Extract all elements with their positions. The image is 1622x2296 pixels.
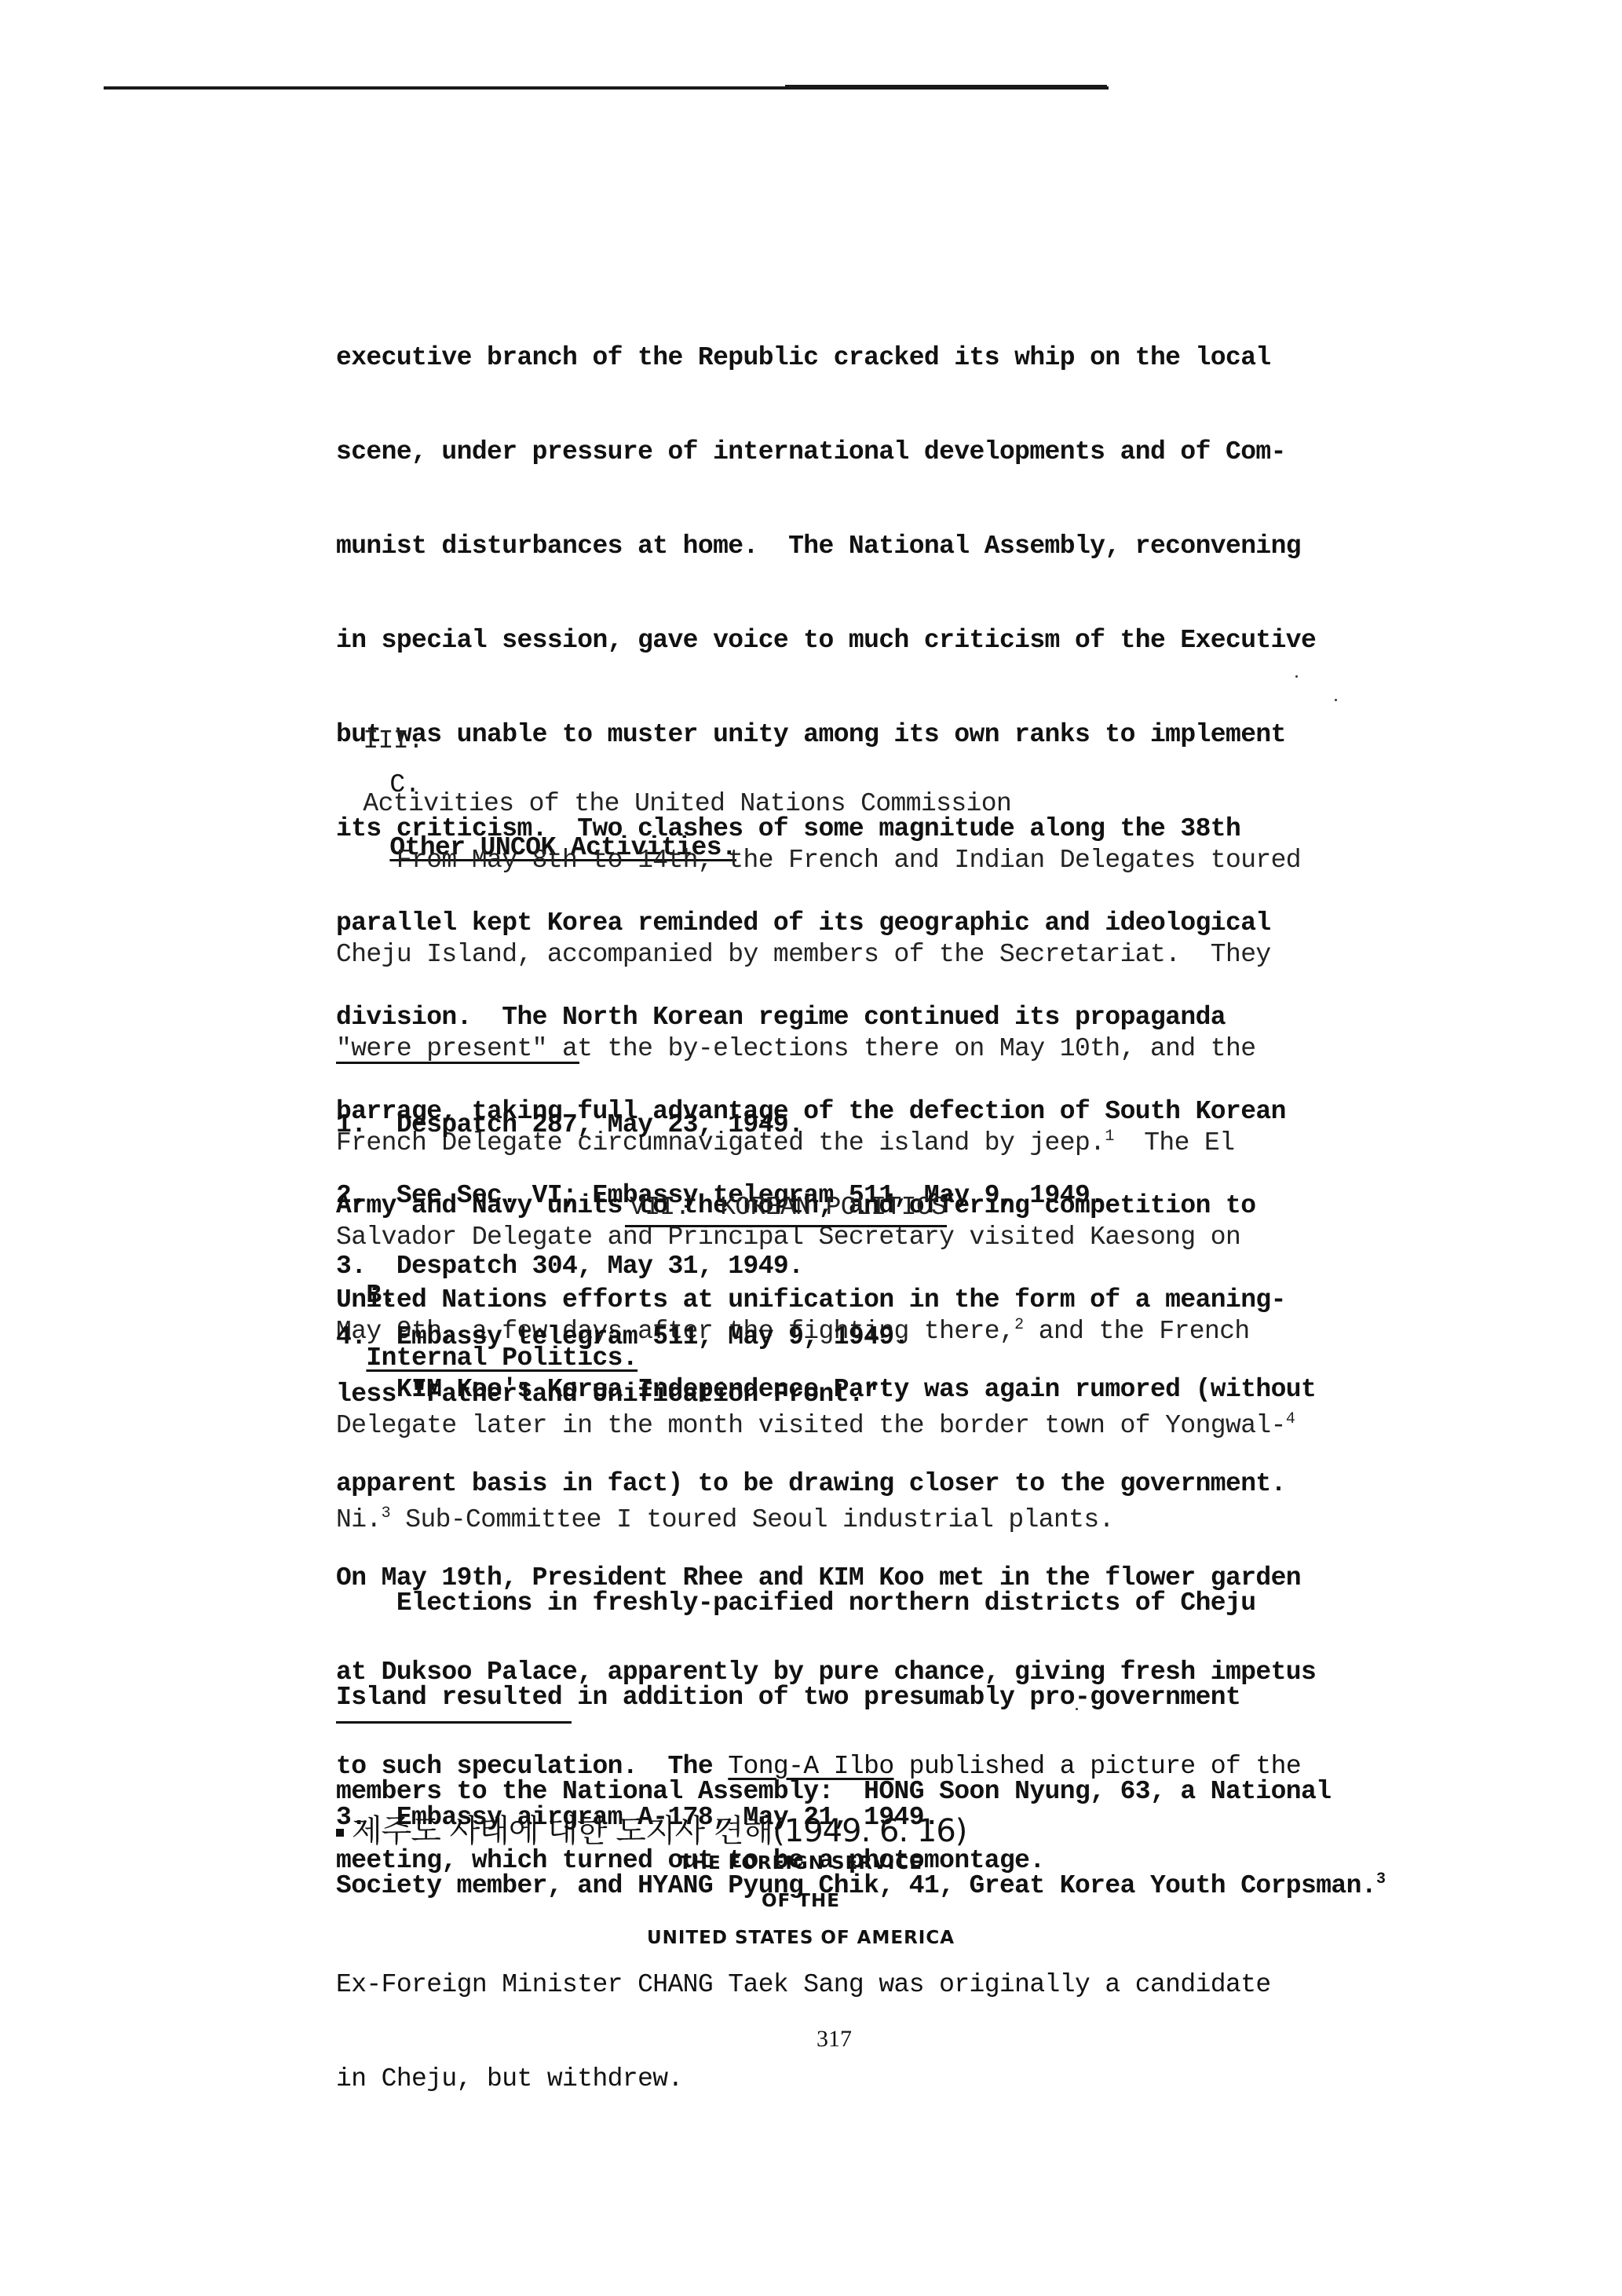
scan-speck bbox=[1335, 699, 1337, 701]
text-line: From May 8th to 14th, the French and Ind… bbox=[336, 845, 1301, 876]
bullet-icon bbox=[336, 1829, 344, 1837]
scan-speck bbox=[1295, 675, 1298, 678]
text-line: "were present" at the by-elections there… bbox=[336, 1033, 1301, 1065]
caption-text: 제주도 사태에 대한 도지사 견해(1949. 6. 16) bbox=[352, 1813, 966, 1849]
letterhead-line-3: UNITED STATES OF AMERICA bbox=[565, 1928, 1036, 1948]
footnote-mark: 3 bbox=[1376, 1870, 1385, 1888]
footnote-rule bbox=[336, 1721, 572, 1724]
text-line: executive branch of the Republic cracked… bbox=[336, 342, 1316, 374]
text-line: apparent basis in fact) to be drawing cl… bbox=[336, 1468, 1316, 1500]
text-line: Elections in freshly-pacified northern d… bbox=[336, 1588, 1385, 1619]
footnote-mark: 1 bbox=[1105, 1128, 1113, 1146]
text-line: munist disturbances at home. The Nationa… bbox=[336, 531, 1316, 562]
letterhead-line-2: OF THE bbox=[565, 1891, 1036, 1911]
letterhead-line-1: THE FOREIGN SERVICE bbox=[565, 1853, 1036, 1874]
text-line: KIM Koo's Korea Independence Party was a… bbox=[336, 1374, 1316, 1406]
korean-caption: 제주도 사태에 대한 도지사 견해(1949. 6. 16) bbox=[336, 1806, 966, 1851]
section-vii-heading: VII. KOREAN POLITICS bbox=[630, 1192, 946, 1223]
text-line: in Cheju, but withdrew. bbox=[336, 2064, 1385, 2095]
section-vii-underline bbox=[625, 1225, 947, 1227]
top-rule-faint bbox=[785, 85, 1107, 86]
text-line: Cheju Island, accompanied by members of … bbox=[336, 939, 1301, 971]
top-rule bbox=[104, 86, 1109, 90]
footnote-item: 1. Despatch 287, May 23, 1949. bbox=[336, 1113, 1105, 1137]
page-number: 317 bbox=[816, 2026, 852, 2053]
subsection-letter: B. bbox=[366, 1281, 396, 1310]
text-line: Ex-Foreign Minister CHANG Taek Sang was … bbox=[336, 1969, 1385, 2001]
text-line: in special session, gave voice to much c… bbox=[336, 625, 1316, 656]
scan-speck bbox=[1076, 1708, 1078, 1710]
footnote-rule bbox=[336, 1062, 579, 1064]
text-line: scene, under pressure of international d… bbox=[336, 437, 1316, 468]
text-line: Island resulted in addition of two presu… bbox=[336, 1682, 1385, 1713]
